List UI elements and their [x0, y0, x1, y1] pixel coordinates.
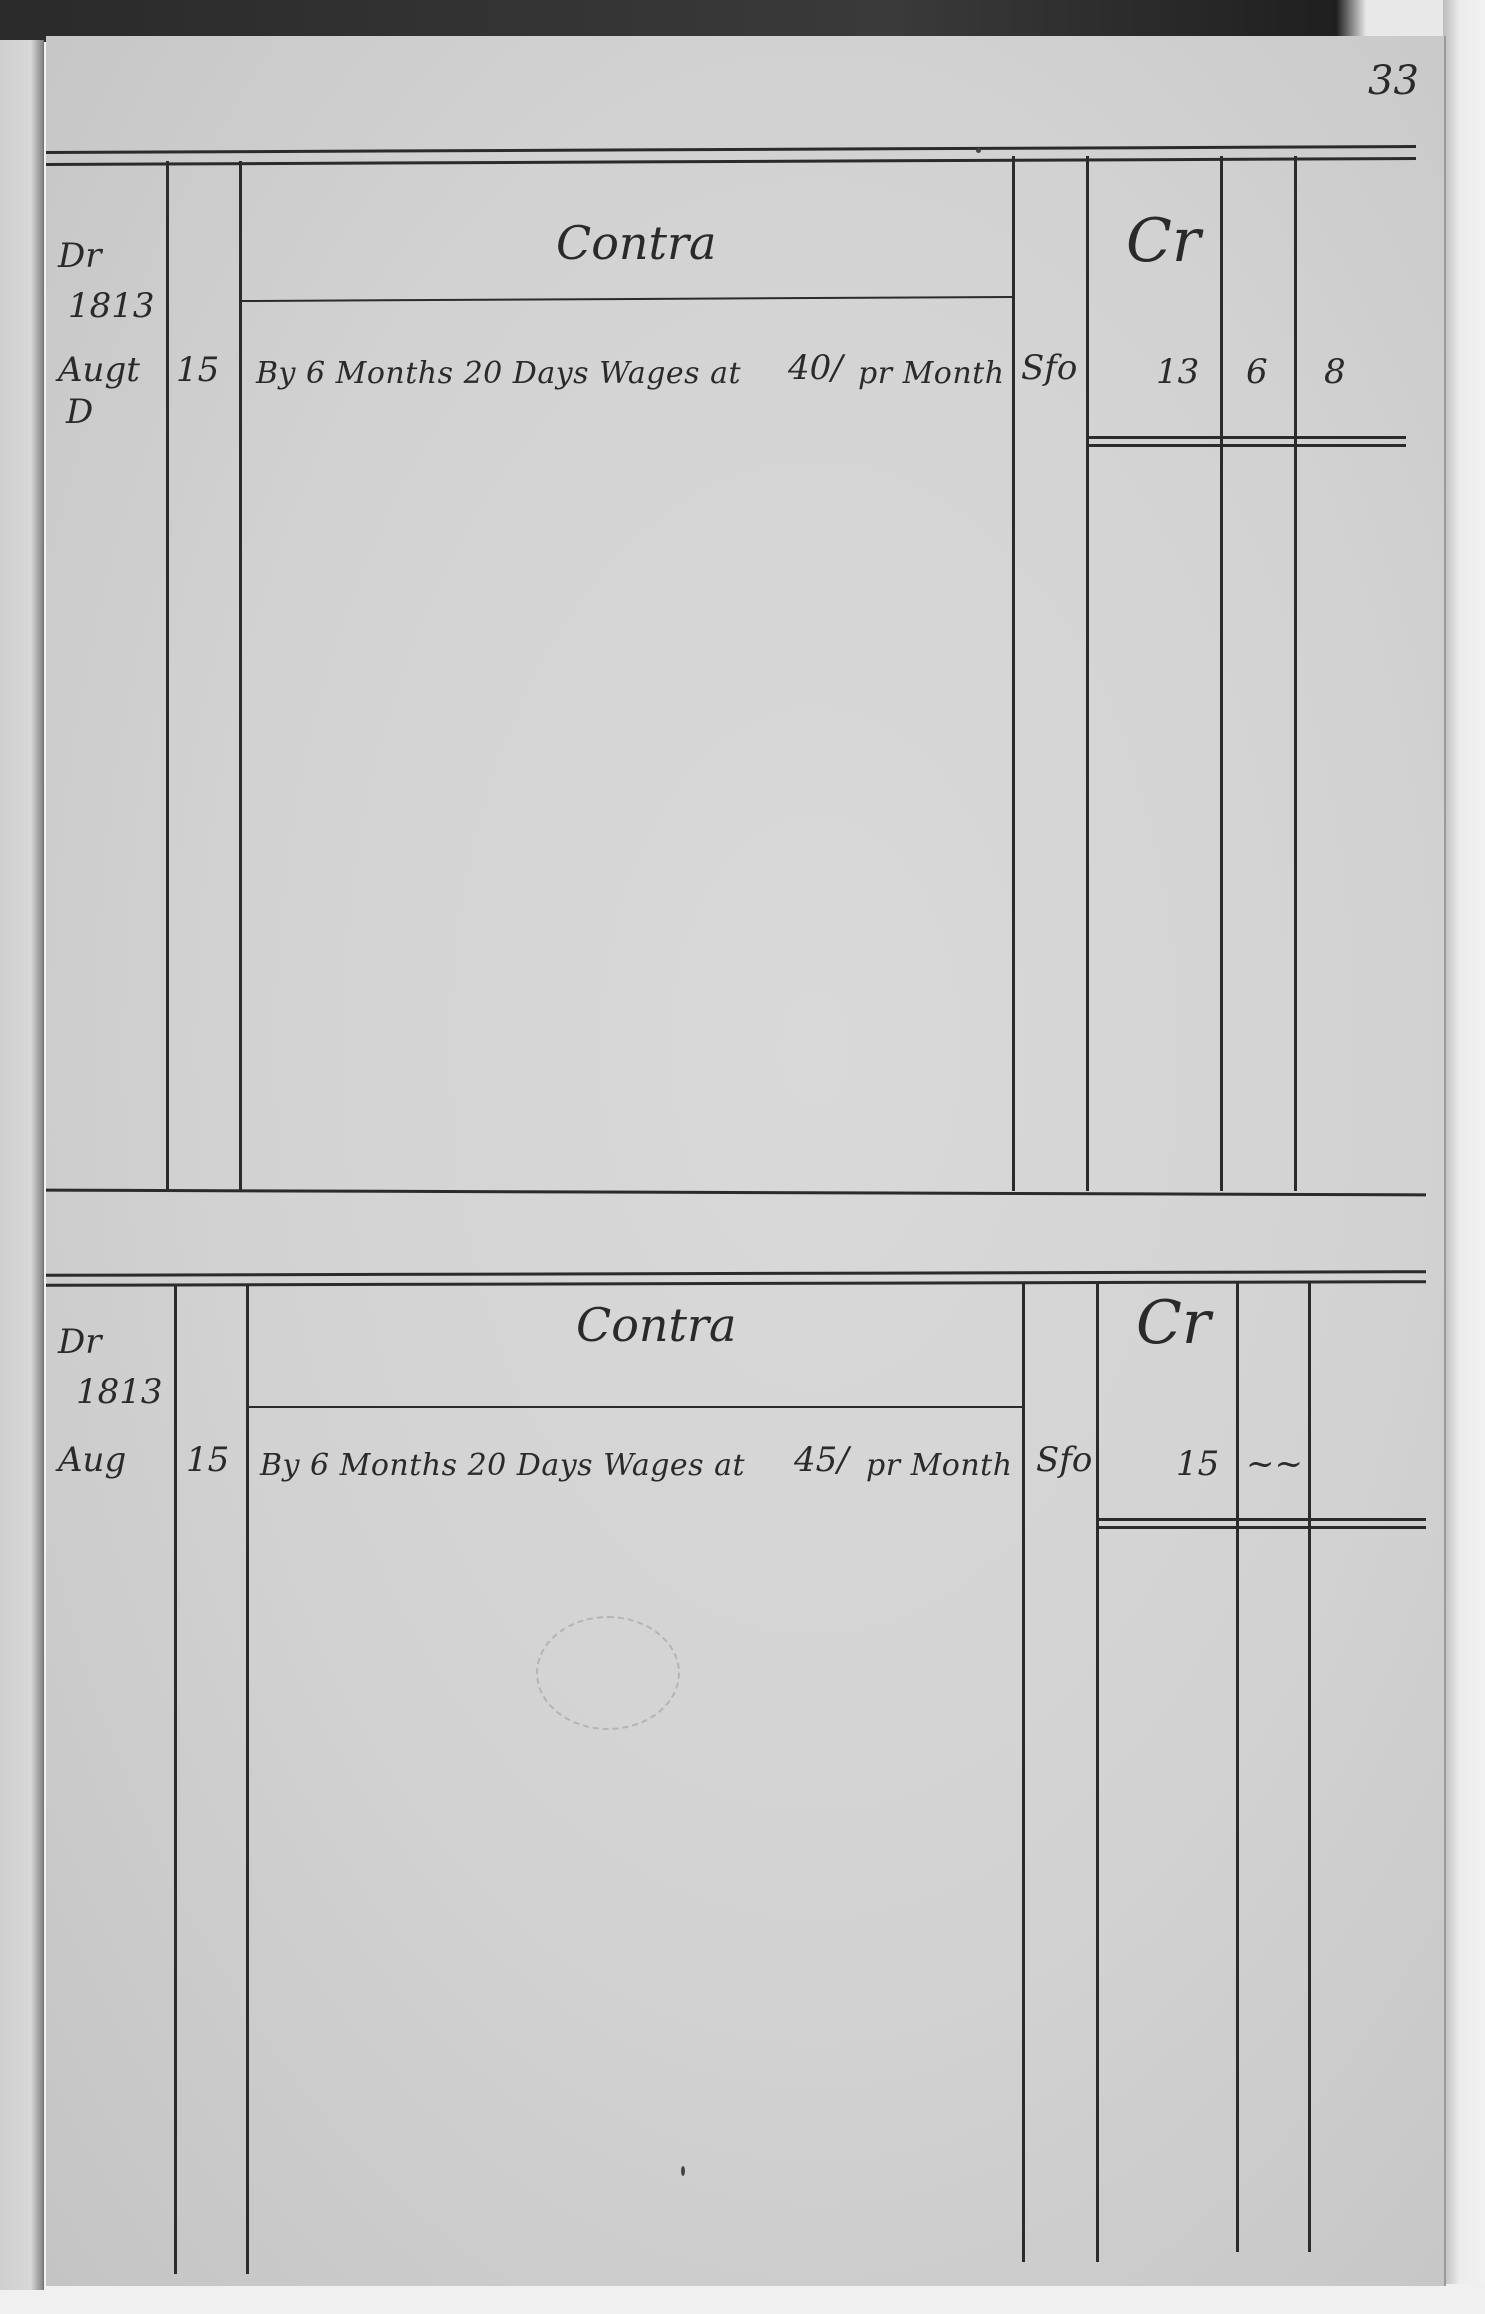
amount-shillings-dash: ~~	[1246, 1444, 1303, 1484]
description-column-rule	[1022, 1282, 1025, 2262]
wage-rate: 40/	[788, 348, 843, 388]
month-label: Aug	[58, 1440, 126, 1480]
amount-pounds: 15	[1176, 1444, 1219, 1484]
day-column-rule	[246, 1284, 249, 2274]
ink-speck	[681, 2166, 685, 2176]
folio-ref: Sfo	[1021, 348, 1077, 388]
ink-speck	[976, 148, 981, 153]
header-rule-bottom	[46, 1280, 1426, 1287]
description-column-rule	[1012, 156, 1015, 1191]
contra-heading: Contra	[556, 216, 716, 270]
dr-label: Dr	[58, 236, 102, 276]
header-rule-top	[46, 1270, 1426, 1277]
cr-label: Cr	[1126, 206, 1201, 276]
day-label: 15	[176, 350, 219, 390]
per-month-label: pr Month	[866, 1448, 1013, 1483]
per-month-label: pr Month	[858, 356, 1005, 391]
dr-label: Dr	[58, 1322, 102, 1362]
scan-backdrop-right	[1443, 0, 1485, 2314]
folio-column-rule	[1096, 1282, 1099, 2262]
amount-pounds: 13	[1156, 352, 1199, 392]
pounds-column-rule	[1236, 1282, 1239, 2252]
faint-stamp-stain	[536, 1616, 680, 1730]
previous-page-edge	[0, 40, 44, 2290]
cr-label: Cr	[1136, 1288, 1211, 1358]
amount-shillings: 6	[1246, 352, 1268, 392]
page-number: 33	[1368, 58, 1419, 104]
shillings-column-rule	[1308, 1282, 1311, 2252]
date-column-rule	[174, 1284, 177, 2274]
folio-column-rule	[1086, 156, 1089, 1191]
ledger-page: 33 Dr Contra Cr 1813 Augt D 15 By 6 Mont…	[46, 36, 1446, 2286]
scan-backdrop-bottom	[0, 2284, 1485, 2314]
header-rule-top	[46, 145, 1416, 154]
contra-underline	[246, 1406, 1022, 1408]
entry-description: By 6 Months 20 Days Wages at	[260, 1448, 745, 1483]
entry-description: By 6 Months 20 Days Wages at	[256, 356, 741, 391]
month-label: Augt	[58, 350, 140, 390]
total-rule-top	[1086, 436, 1406, 439]
year-label: 1813	[68, 286, 155, 326]
shillings-column-rule	[1294, 156, 1297, 1191]
day-column-rule	[239, 161, 242, 1191]
wage-rate: 45/	[794, 1440, 849, 1480]
pounds-column-rule	[1220, 156, 1223, 1191]
total-rule-top	[1096, 1518, 1426, 1521]
total-rule-bottom	[1096, 1526, 1426, 1529]
year-label: 1813	[76, 1372, 163, 1412]
day-label: 15	[186, 1440, 229, 1480]
date-column-rule	[166, 161, 169, 1191]
header-rule-bottom	[46, 157, 1416, 166]
contra-heading: Contra	[576, 1298, 736, 1352]
amount-pence: 8	[1324, 352, 1346, 392]
total-rule-bottom	[1086, 444, 1406, 447]
ditto-label: D	[66, 392, 93, 432]
contra-underline	[239, 296, 1012, 302]
folio-ref: Sfo	[1036, 1440, 1092, 1480]
section-end-rule	[46, 1189, 1426, 1197]
